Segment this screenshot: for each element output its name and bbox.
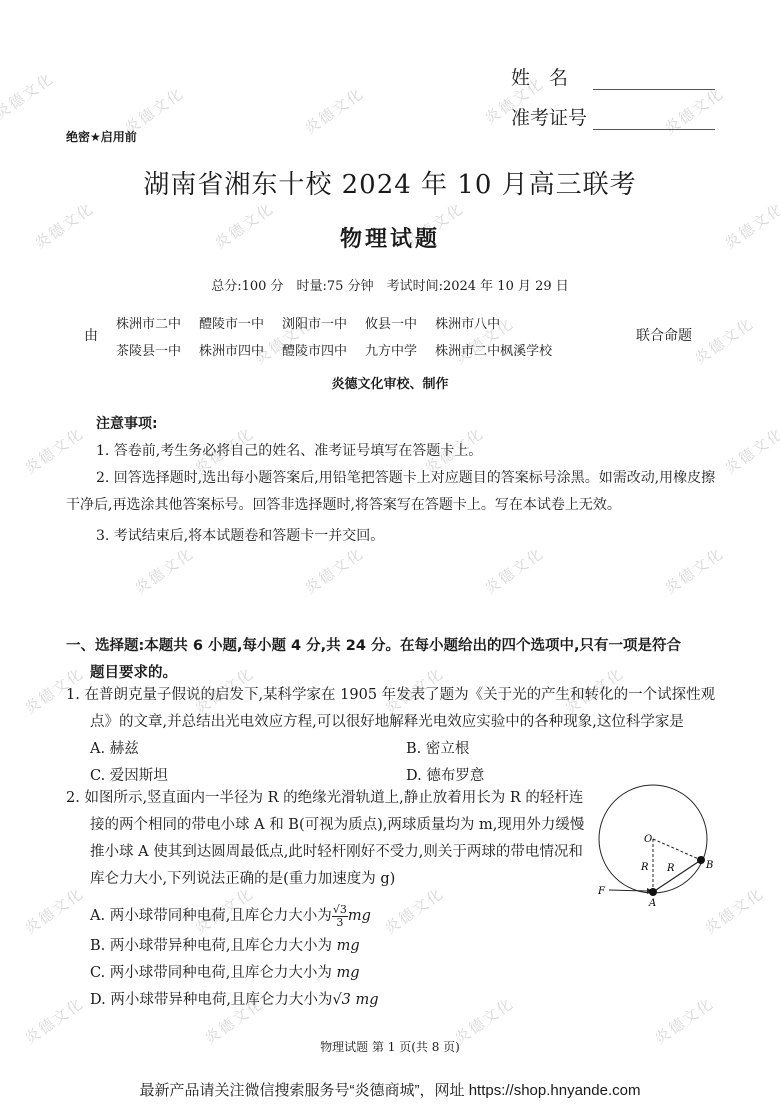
exam-info: 总分:100 分 时量:75 分钟 考试时间:2024 年 10 月 29 日 <box>0 275 780 294</box>
watermark: 炎德文化 <box>480 542 548 598</box>
footer-banner: 最新产品请关注微信搜索服务号“炎德商城”，网址 https://shop.hny… <box>0 1079 780 1100</box>
school: 株洲市二中枫溪学校 <box>435 338 552 365</box>
name-label: 姓 名 <box>511 63 593 90</box>
circle-track-diagram: O R R B A F <box>595 784 735 914</box>
joint-label: 联合命题 <box>636 325 692 345</box>
option-d: D. 两小球带异种电荷,且库仑力大小为√3 mg <box>66 987 596 1014</box>
fraction: √33 <box>332 904 348 929</box>
school: 醴陵市一中 <box>199 311 264 338</box>
label-o: O <box>644 834 652 845</box>
watermark: 炎德文化 <box>720 422 780 478</box>
option-c: C. 两小球带同种电荷,且库仑力大小为 mg <box>66 960 596 987</box>
page-number: 物理试题 第 1 页(共 8 页) <box>0 1038 780 1055</box>
note-item: 1. 答卷前,考生务必将自己的姓名、准考证号填写在答题卡上。 <box>66 438 728 465</box>
exam-title: 湖南省湘东十校 2024 年 10 月高三联考 <box>0 164 780 201</box>
question-stem: 2. 如图所示,竖直面内一半径为 R 的绝缘光滑轨道上,静止放着用长为 R 的轻… <box>66 785 596 893</box>
section-heading-line1: 一、选择题:本题共 6 小题,每小题 4 分,共 24 分。在每小题给出的四个选… <box>66 633 728 660</box>
label-b: B <box>705 860 713 871</box>
note-item: 2. 回答选择题时,选出每小题答案后,用铅笔把答题卡上对应题目的答案标号涂黑。如… <box>66 465 728 519</box>
id-label: 准考证号 <box>511 103 593 130</box>
id-field[interactable] <box>593 106 715 130</box>
id-row: 准考证号 <box>511 90 715 130</box>
by-label: 由 <box>84 325 98 345</box>
ball-a <box>649 888 657 896</box>
label-r2: R <box>666 863 675 874</box>
notes-section: 注意事项: 1. 答卷前,考生务必将自己的姓名、准考证号填写在答题卡上。 2. … <box>66 411 728 550</box>
watermark: 炎德文化 <box>660 542 728 598</box>
option-a: A. 赫兹 <box>90 736 406 763</box>
school: 株洲市二中 <box>116 311 181 338</box>
watermark: 炎德文化 <box>690 312 758 368</box>
school: 醴陵市四中 <box>282 338 347 365</box>
question-stem: 1. 在普朗克量子假说的启发下,某科学家在 1905 年发表了题为《关于光的产生… <box>66 682 728 736</box>
candidate-info-box: 姓 名 准考证号 <box>511 50 715 130</box>
name-row: 姓 名 <box>511 50 715 90</box>
school: 株洲市四中 <box>199 338 264 365</box>
secret-label: 绝密★启用前 <box>66 128 137 145</box>
subject-title: 物理试题 <box>0 222 780 253</box>
label-a: A <box>648 898 656 909</box>
school: 攸县一中 <box>365 311 417 338</box>
label-f: F <box>597 886 606 897</box>
note-item: 3. 考试结束后,将本试题卷和答题卡一并交回。 <box>66 523 728 550</box>
option-a: A. 两小球带同种电荷,且库仑力大小为√33mg <box>66 899 596 933</box>
school: 茶陵县一中 <box>116 338 181 365</box>
watermark: 炎德文化 <box>130 542 198 598</box>
options: A. 赫兹 B. 密立根 C. 爱因斯坦 D. 德布罗意 <box>66 736 728 790</box>
ball-b <box>697 856 705 864</box>
section-heading: 一、选择题:本题共 6 小题,每小题 4 分,共 24 分。在每小题给出的四个选… <box>66 633 728 687</box>
question-1: 1. 在普朗克量子假说的启发下,某科学家在 1905 年发表了题为《关于光的产生… <box>66 682 728 790</box>
notes-heading: 注意事项: <box>96 411 728 438</box>
question-2: 2. 如图所示,竖直面内一半径为 R 的绝缘光滑轨道上,静止放着用长为 R 的轻… <box>66 785 596 1014</box>
watermark: 炎德文化 <box>300 542 368 598</box>
name-field[interactable] <box>593 66 715 90</box>
school: 株洲市八中 <box>435 311 500 338</box>
option-b: B. 密立根 <box>406 736 706 763</box>
maker-label: 炎德文化审校、制作 <box>0 373 780 392</box>
school-row-2: 茶陵县一中株洲市四中醴陵市四中九方中学株洲市二中枫溪学校 <box>116 338 570 365</box>
school: 九方中学 <box>365 338 417 365</box>
label-r1: R <box>640 862 649 873</box>
school-list: 株洲市二中醴陵市一中浏阳市一中攸县一中株洲市八中 茶陵县一中株洲市四中醴陵市四中… <box>116 311 570 365</box>
school-row-1: 株洲市二中醴陵市一中浏阳市一中攸县一中株洲市八中 <box>116 311 570 338</box>
option-b: B. 两小球带异种电荷,且库仑力大小为 mg <box>66 933 596 960</box>
watermark: 炎德文化 <box>300 82 368 138</box>
watermark: 炎德文化 <box>0 67 58 123</box>
school: 浏阳市一中 <box>282 311 347 338</box>
